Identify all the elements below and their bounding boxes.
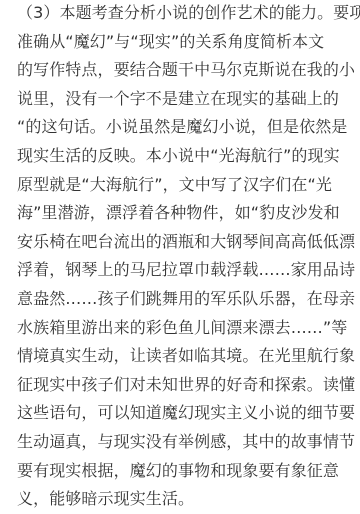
answer-line: 情境真实生动，让读者如临其境。在光里航行象 [17,342,345,371]
answer-paragraph: （3）本题考查分析小说的创作艺术的能力。要项 准确从“魔幻”与“现实”的关系角度… [17,0,345,427]
answer-line: 海”里潜游，漂浮着各种物件，如“豹皮沙发和 [17,199,345,228]
answer-line: 这些语句，可以知道魔幻现实主义小说的细节要 [17,399,345,427]
answer-line: 水族箱里游出来的彩色鱼儿间漂来漂去……”等 [17,314,345,343]
answer-line: 说里，没有一个字不是建立在现实的基础上的 [17,85,345,114]
answer-line: 现实生活的反映。本小说中“光海航行”的现实 [17,142,345,171]
answer-line: 准确从“魔幻”与“现实”的关系角度简析本文 [17,28,345,57]
answer-line: 征现实中孩子们对未知世界的好奇和探索。读懂 [17,371,345,400]
answer-line: 原型就是“大海航行”，文中写了汉字们在“光 [17,171,345,200]
answer-line: 浮着，钢琴上的马尼拉罩巾载浮载……家用品诗 [17,256,345,285]
answer-line: 的写作特点，要结合题干中马尔克斯说在我的小 [17,56,345,85]
answer-line: “的这句话。小说虽然是魔幻小说，但是依然是 [17,113,345,142]
answer-line: （3）本题考查分析小说的创作艺术的能力。要项 [17,0,345,28]
answer-line: 意盎然……孩子们跳舞用的军乐队乐器，在母亲 [17,285,345,314]
answer-line: 安乐椅在吧台流出的酒瓶和大钢琴间高高低低漂 [17,228,345,257]
